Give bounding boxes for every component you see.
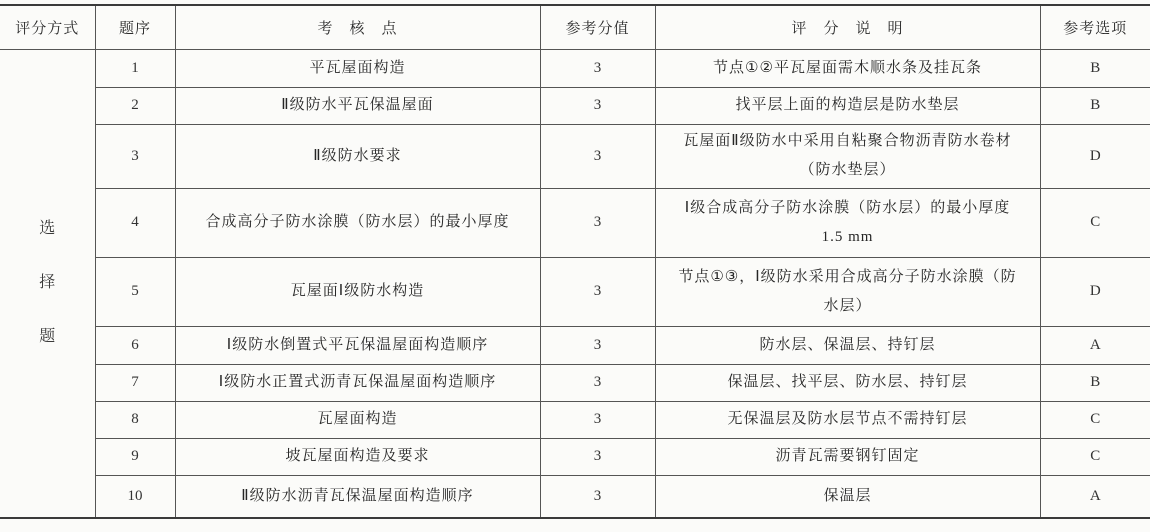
col-header-scoring-method: 评分方式 — [0, 5, 95, 49]
reference-score: 3 — [540, 475, 655, 518]
table-row: 3 Ⅱ级防水要求 3 瓦屋面Ⅱ级防水中采用自粘聚合物沥青防水卷材 （防水垫层） … — [0, 124, 1150, 188]
reference-option: A — [1040, 326, 1150, 364]
table-row: 9 坡瓦屋面构造及要求 3 沥青瓦需要钢钉固定 C — [0, 438, 1150, 475]
scoring-explanation: 保温层 — [655, 475, 1040, 518]
header-row: 评分方式 题序 考 核 点 参考分值 评 分 说 明 参考选项 — [0, 5, 1150, 49]
table-row: 选 择 题 1 平瓦屋面构造 3 节点①②平瓦屋面需木顺水条及挂瓦条 B — [0, 49, 1150, 87]
reference-score: 3 — [540, 401, 655, 438]
scoring-explanation: 无保温层及防水层节点不需持钉层 — [655, 401, 1040, 438]
scoring-explanation: 防水层、保温层、持钉层 — [655, 326, 1040, 364]
reference-option: D — [1040, 257, 1150, 326]
question-number: 3 — [95, 124, 175, 188]
assessment-point: Ⅰ级防水正置式沥青瓦保温屋面构造顺序 — [175, 364, 540, 401]
reference-option: C — [1040, 401, 1150, 438]
scoring-explanation: 节点①③，Ⅰ级防水采用合成高分子防水涂膜（防 水层） — [655, 257, 1040, 326]
col-header-scoring-explanation: 评 分 说 明 — [655, 5, 1040, 49]
table-row: 8 瓦屋面构造 3 无保温层及防水层节点不需持钉层 C — [0, 401, 1150, 438]
col-header-assessment-point: 考 核 点 — [175, 5, 540, 49]
reference-score: 3 — [540, 87, 655, 124]
table-row: 7 Ⅰ级防水正置式沥青瓦保温屋面构造顺序 3 保温层、找平层、防水层、持钉层 B — [0, 364, 1150, 401]
question-number: 7 — [95, 364, 175, 401]
assessment-point: 瓦屋面构造 — [175, 401, 540, 438]
table-row: 2 Ⅱ级防水平瓦保温屋面 3 找平层上面的构造层是防水垫层 B — [0, 87, 1150, 124]
reference-option: A — [1040, 475, 1150, 518]
col-header-reference-option: 参考选项 — [1040, 5, 1150, 49]
scoring-explanation: 节点①②平瓦屋面需木顺水条及挂瓦条 — [655, 49, 1040, 87]
scoring-explanation: 沥青瓦需要钢钉固定 — [655, 438, 1040, 475]
scoring-explanation: 瓦屋面Ⅱ级防水中采用自粘聚合物沥青防水卷材 （防水垫层） — [655, 124, 1040, 188]
assessment-point: Ⅱ级防水沥青瓦保温屋面构造顺序 — [175, 475, 540, 518]
question-number: 1 — [95, 49, 175, 87]
scanned-page: 评分方式 题序 考 核 点 参考分值 评 分 说 明 参考选项 选 择 题 1 … — [0, 0, 1150, 519]
assessment-point: 坡瓦屋面构造及要求 — [175, 438, 540, 475]
reference-score: 3 — [540, 257, 655, 326]
question-number: 4 — [95, 188, 175, 257]
assessment-point: Ⅱ级防水要求 — [175, 124, 540, 188]
question-number: 9 — [95, 438, 175, 475]
question-number: 2 — [95, 87, 175, 124]
assessment-point: Ⅰ级防水倒置式平瓦保温屋面构造顺序 — [175, 326, 540, 364]
scoring-explanation: Ⅰ级合成高分子防水涂膜（防水层）的最小厚度 1.5 mm — [655, 188, 1040, 257]
question-number: 5 — [95, 257, 175, 326]
col-header-reference-score: 参考分值 — [540, 5, 655, 49]
reference-option: D — [1040, 124, 1150, 188]
assessment-point: 瓦屋面Ⅰ级防水构造 — [175, 257, 540, 326]
question-number: 10 — [95, 475, 175, 518]
reference-option: C — [1040, 188, 1150, 257]
reference-score: 3 — [540, 49, 655, 87]
question-number: 8 — [95, 401, 175, 438]
reference-score: 3 — [540, 188, 655, 257]
assessment-point: 合成高分子防水涂膜（防水层）的最小厚度 — [175, 188, 540, 257]
reference-option: B — [1040, 49, 1150, 87]
question-number: 6 — [95, 326, 175, 364]
reference-score: 3 — [540, 364, 655, 401]
category-cell-multiple-choice: 选 择 题 — [0, 49, 95, 518]
table-row: 5 瓦屋面Ⅰ级防水构造 3 节点①③，Ⅰ级防水采用合成高分子防水涂膜（防 水层）… — [0, 257, 1150, 326]
reference-option: C — [1040, 438, 1150, 475]
reference-option: B — [1040, 364, 1150, 401]
table-row: 6 Ⅰ级防水倒置式平瓦保温屋面构造顺序 3 防水层、保温层、持钉层 A — [0, 326, 1150, 364]
reference-score: 3 — [540, 124, 655, 188]
scoring-table: 评分方式 题序 考 核 点 参考分值 评 分 说 明 参考选项 选 择 题 1 … — [0, 4, 1150, 519]
reference-score: 3 — [540, 326, 655, 364]
scoring-explanation: 找平层上面的构造层是防水垫层 — [655, 87, 1040, 124]
table-row: 10 Ⅱ级防水沥青瓦保温屋面构造顺序 3 保温层 A — [0, 475, 1150, 518]
reference-option: B — [1040, 87, 1150, 124]
assessment-point: 平瓦屋面构造 — [175, 49, 540, 87]
table-row: 4 合成高分子防水涂膜（防水层）的最小厚度 3 Ⅰ级合成高分子防水涂膜（防水层）… — [0, 188, 1150, 257]
reference-score: 3 — [540, 438, 655, 475]
scoring-explanation: 保温层、找平层、防水层、持钉层 — [655, 364, 1040, 401]
col-header-question-order: 题序 — [95, 5, 175, 49]
assessment-point: Ⅱ级防水平瓦保温屋面 — [175, 87, 540, 124]
